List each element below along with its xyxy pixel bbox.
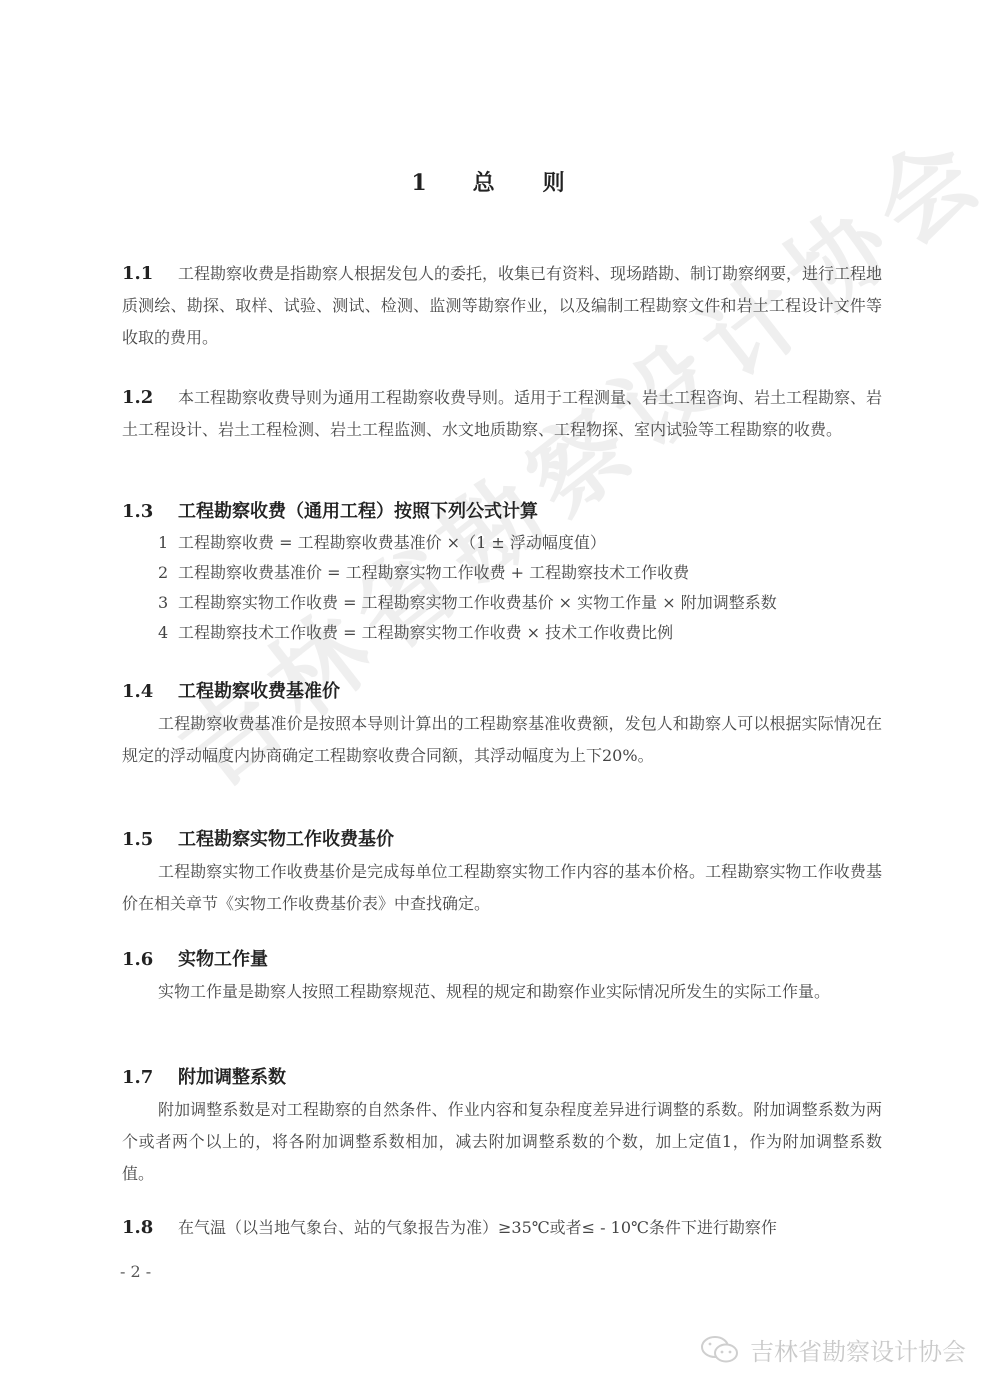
section-heading-text: 工程勘察实物工作收费基价 [178, 829, 394, 850]
footer-brand: 吉林省勘察设计协会 [700, 1332, 966, 1367]
section-number: 1.5 [122, 824, 178, 856]
chapter-title-char: 则 [543, 170, 565, 196]
formula-number: 3 [158, 588, 178, 618]
formula-3: 3工程勘察实物工作收费 = 工程勘察实物工作收费基价 × 实物工作量 × 附加调… [122, 588, 882, 618]
section-number: 1.2 [122, 382, 178, 414]
section-number: 1.7 [122, 1062, 178, 1094]
chapter-title-char: 总 [473, 170, 495, 196]
formula-2: 2工程勘察收费基准价 = 工程勘察实物工作收费 + 工程勘察技术工作收费 [122, 558, 882, 588]
section-number: 1.3 [122, 496, 178, 528]
formula-1: 1工程勘察收费 = 工程勘察收费基准价 ×（1 ± 浮动幅度值） [122, 528, 882, 558]
footer-brand-text: 吉林省勘察设计协会 [750, 1332, 966, 1367]
formula-number: 1 [158, 528, 178, 558]
formula-text: 工程勘察收费 = 工程勘察收费基准价 ×（1 ± 浮动幅度值） [178, 533, 606, 552]
section-number: 1.6 [122, 944, 178, 976]
document-page: 1总则 1.1工程勘察收费是指勘察人根据发包人的委托，收集已有资料、现场踏勘、制… [0, 0, 1000, 1393]
section-text: 工程勘察收费是指勘察人根据发包人的委托，收集已有资料、现场踏勘、制订勘察纲要，进… [122, 264, 882, 347]
section-number: 1.4 [122, 676, 178, 708]
section-text: 在气温（以当地气象台、站的气象报告为准）≥35℃或者≤ - 10℃条件下进行勘察… [178, 1218, 777, 1237]
section-heading: 1.7附加调整系数 [122, 1062, 882, 1094]
formula-text: 工程勘察技术工作收费 = 工程勘察实物工作收费 × 技术工作收费比例 [178, 623, 673, 642]
chapter-title: 1总则 [0, 166, 1000, 197]
section-1-4: 1.4工程勘察收费基准价 工程勘察收费基准价是按照本导则计算出的工程勘察基准收费… [122, 676, 882, 772]
formula-text: 工程勘察收费基准价 = 工程勘察实物工作收费 + 工程勘察技术工作收费 [178, 563, 689, 582]
section-text: 工程勘察收费基准价是按照本导则计算出的工程勘察基准收费额，发包人和勘察人可以根据… [122, 708, 882, 772]
formula-number: 4 [158, 618, 178, 648]
formula-number: 2 [158, 558, 178, 588]
section-text: 本工程勘察收费导则为通用工程勘察收费导则。适用于工程测量、岩土工程咨询、岩土工程… [122, 388, 882, 439]
wechat-icon [700, 1334, 740, 1366]
section-1-6: 1.6实物工作量 实物工作量是勘察人按照工程勘察规范、规程的规定和勘察作业实际情… [122, 944, 882, 1008]
page-number: - 2 - [120, 1262, 151, 1281]
section-1-8: 1.8在气温（以当地气象台、站的气象报告为准）≥35℃或者≤ - 10℃条件下进… [122, 1212, 882, 1244]
section-heading-text: 附加调整系数 [178, 1067, 286, 1088]
section-heading-text: 工程勘察收费基准价 [178, 681, 340, 702]
section-text: 工程勘察实物工作收费基价是完成每单位工程勘察实物工作内容的基本价格。工程勘察实物… [122, 856, 882, 920]
section-1-7: 1.7附加调整系数 附加调整系数是对工程勘察的自然条件、作业内容和复杂程度差异进… [122, 1062, 882, 1190]
section-heading: 1.4工程勘察收费基准价 [122, 676, 882, 708]
section-heading: 1.3工程勘察收费（通用工程）按照下列公式计算 [122, 496, 882, 528]
section-number: 1.1 [122, 258, 178, 290]
section-1-3: 1.3工程勘察收费（通用工程）按照下列公式计算 1工程勘察收费 = 工程勘察收费… [122, 496, 882, 648]
section-1-2: 1.2本工程勘察收费导则为通用工程勘察收费导则。适用于工程测量、岩土工程咨询、岩… [122, 382, 882, 446]
formula-4: 4工程勘察技术工作收费 = 工程勘察实物工作收费 × 技术工作收费比例 [122, 618, 882, 648]
section-text: 附加调整系数是对工程勘察的自然条件、作业内容和复杂程度差异进行调整的系数。附加调… [122, 1094, 882, 1190]
formula-text: 工程勘察实物工作收费 = 工程勘察实物工作收费基价 × 实物工作量 × 附加调整… [178, 593, 777, 612]
section-heading-text: 实物工作量 [178, 949, 268, 970]
chapter-number: 1 [411, 170, 426, 196]
section-heading: 1.6实物工作量 [122, 944, 882, 976]
section-1-1: 1.1工程勘察收费是指勘察人根据发包人的委托，收集已有资料、现场踏勘、制订勘察纲… [122, 258, 882, 354]
section-text: 实物工作量是勘察人按照工程勘察规范、规程的规定和勘察作业实际情况所发生的实际工作… [122, 976, 882, 1008]
section-1-5: 1.5工程勘察实物工作收费基价 工程勘察实物工作收费基价是完成每单位工程勘察实物… [122, 824, 882, 920]
section-number: 1.8 [122, 1212, 178, 1244]
section-heading: 1.5工程勘察实物工作收费基价 [122, 824, 882, 856]
section-heading-text: 工程勘察收费（通用工程）按照下列公式计算 [178, 501, 538, 522]
